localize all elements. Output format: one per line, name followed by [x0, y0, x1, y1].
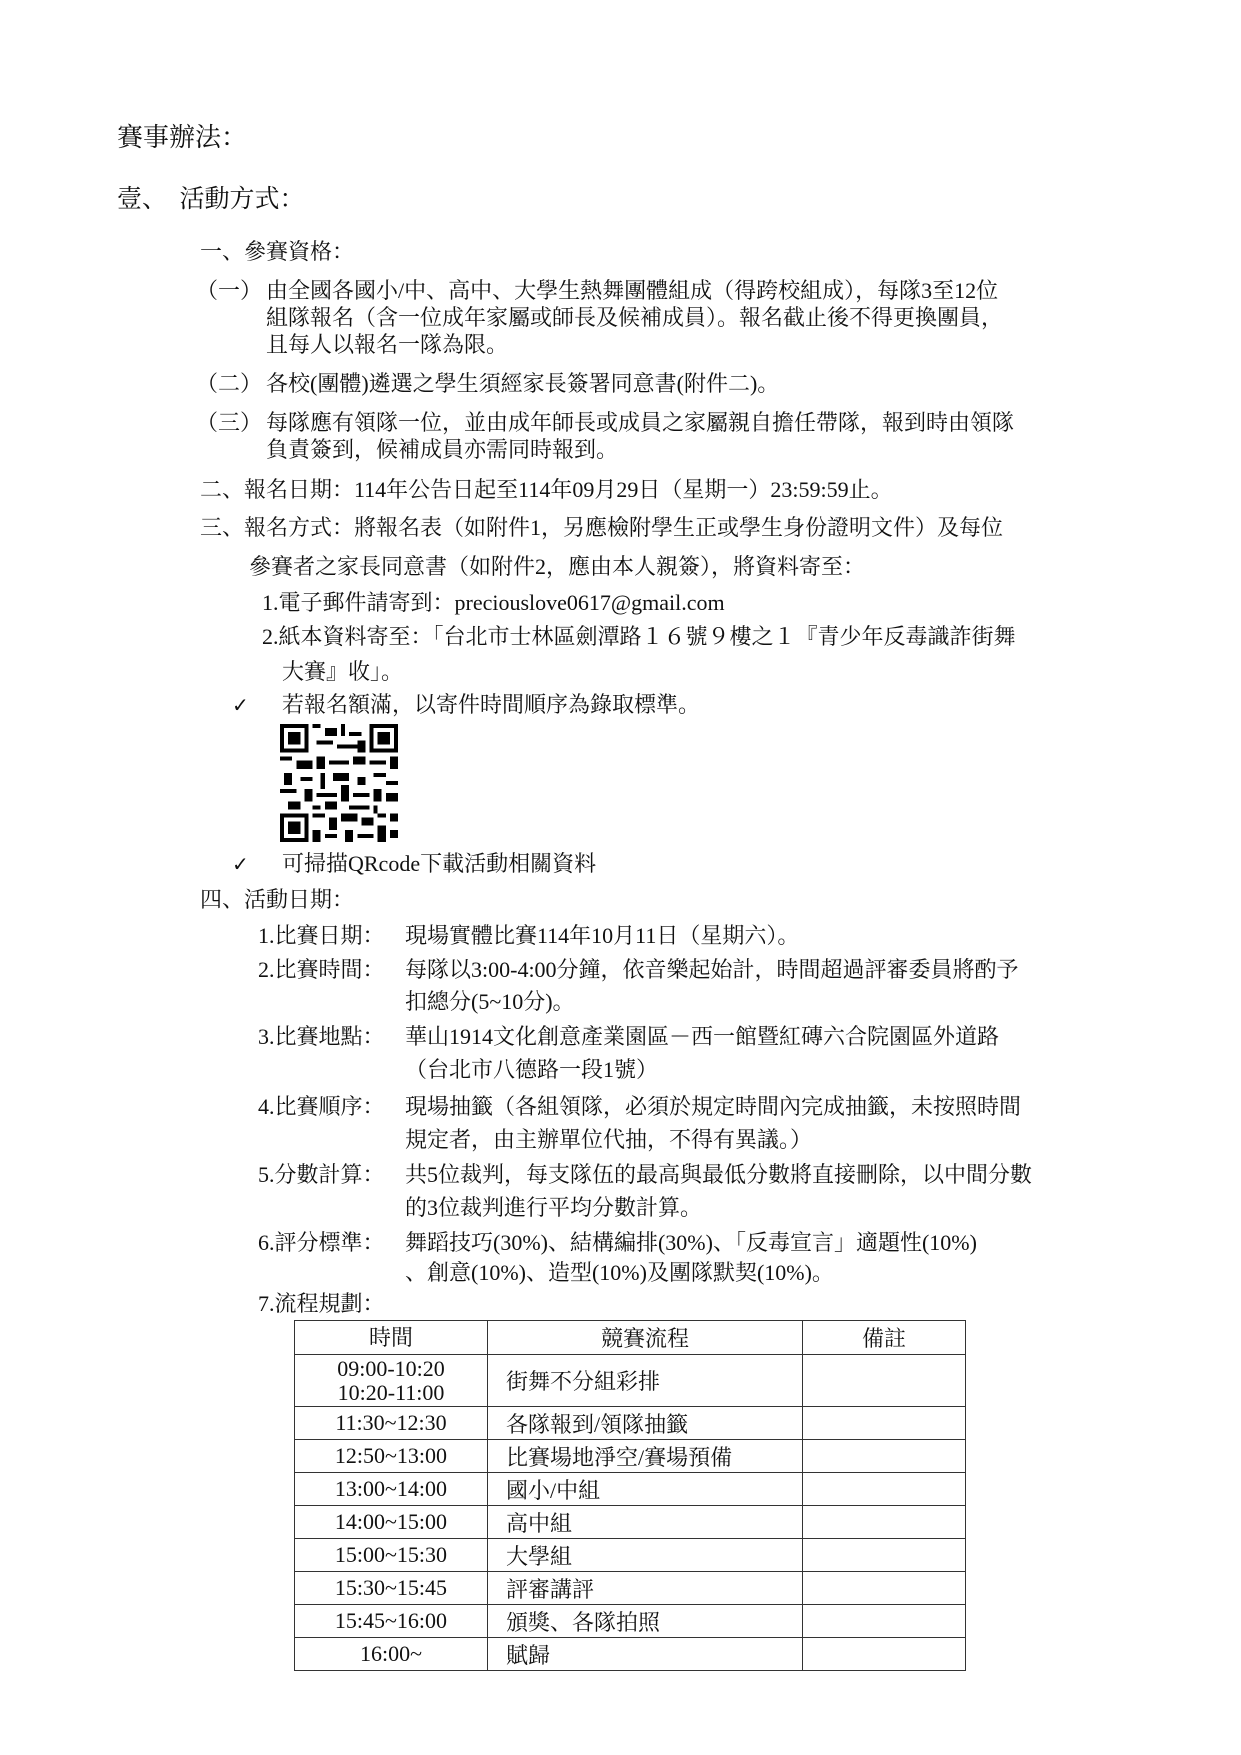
- sub1-line: 且每人以報名一隊為限。: [266, 331, 508, 359]
- time-cell: 15:30~15:45: [295, 1572, 488, 1605]
- event-cell: 比賽場地淨空/賽場預備: [488, 1440, 803, 1473]
- entry-line: 的3位裁判進行平均分數計算。: [405, 1194, 702, 1222]
- note-cell: [803, 1440, 966, 1473]
- registration-method: 三、報名方式：將報名表（如附件1，另應檢附學生正或學生身份證明文件）及每位: [200, 514, 1003, 542]
- entry-line: 扣總分(5~10分)。: [405, 988, 575, 1016]
- event-cell: 國小/中組: [488, 1473, 803, 1506]
- entry-label: 3.比賽地點：: [258, 1023, 385, 1051]
- sub3-line: 每隊應有領隊一位，並由成年師長或成員之家屬親自擔任帶隊，報到時由領隊: [266, 409, 1014, 437]
- table-row: 09:00-10:20 10:20-11:00 街舞不分組彩排: [295, 1355, 966, 1407]
- item4-heading: 四、活動日期：: [200, 886, 354, 914]
- note-cell: [803, 1473, 966, 1506]
- table-row: 14:00~15:00 高中組: [295, 1506, 966, 1539]
- event-cell: 大學組: [488, 1539, 803, 1572]
- entry-line: 共5位裁判，每支隊伍的最高與最低分數將直接刪除，以中間分數: [405, 1161, 1032, 1189]
- sub2-label: （二）: [196, 370, 262, 398]
- table-row: 12:50~13:00 比賽場地淨空/賽場預備: [295, 1440, 966, 1473]
- header-event: 競賽流程: [488, 1321, 803, 1355]
- note-cell: [803, 1605, 966, 1638]
- table-row: 15:00~15:30 大學組: [295, 1539, 966, 1572]
- note-cell: [803, 1572, 966, 1605]
- note-cell: [803, 1355, 966, 1407]
- registration-date: 二、報名日期：114年公告日起至114年09月29日（星期一）23:59:59止…: [200, 476, 893, 504]
- time-cell: 15:45~16:00: [295, 1605, 488, 1638]
- mail-address-line: 2.紙本資料寄至：「台北市士林區劍潭路１６號９樓之１『青少年反毒識詐街舞: [262, 623, 1016, 651]
- table-row: 13:00~14:00 國小/中組: [295, 1473, 966, 1506]
- note-cell: [803, 1407, 966, 1440]
- check-icon: ✓: [232, 850, 249, 878]
- entry-line: 現場抽籤（各組領隊，必須於規定時間內完成抽籤，未按照時間: [405, 1093, 1021, 1121]
- time-text: 10:20-11:00: [295, 1381, 487, 1405]
- entry-line: 規定者，由主辦單位代抽，不得有異議。）: [405, 1126, 812, 1154]
- mail-address-line: 大賽』收」。: [282, 658, 403, 686]
- email-line: 1.電子郵件請寄到：preciouslove0617@gmail.com: [262, 589, 725, 617]
- table-row: 16:00~ 賦歸: [295, 1638, 966, 1671]
- schedule-table: 時間 競賽流程 備註 09:00-10:20 10:20-11:00 街舞不分組…: [294, 1320, 966, 1671]
- time-cell: 09:00-10:20 10:20-11:00: [295, 1355, 488, 1407]
- header-note: 備註: [803, 1321, 966, 1355]
- entry-label: 1.比賽日期：: [258, 922, 385, 950]
- time-text: 09:00-10:20: [295, 1357, 487, 1381]
- event-cell: 各隊報到/領隊抽籤: [488, 1407, 803, 1440]
- note-cell: [803, 1539, 966, 1572]
- entry-line: 、創意(10%)、造型(10%)及團隊默契(10%)。: [405, 1259, 834, 1287]
- sub1-line: 組隊報名（含一位成年家屬或師長及候補成員）。報名截止後不得更換團員，: [266, 304, 1003, 332]
- entry-label: 6.評分標準：: [258, 1229, 385, 1257]
- qr-code-image: [280, 724, 398, 842]
- time-cell: 16:00~: [295, 1638, 488, 1671]
- table-row: 15:45~16:00 頒獎、各隊拍照: [295, 1605, 966, 1638]
- section-heading: 壹、 活動方式：: [117, 184, 305, 216]
- registration-method: 參賽者之家長同意書（如附件2，應由本人親簽），將資料寄至：: [249, 553, 865, 581]
- time-cell: 14:00~15:00: [295, 1506, 488, 1539]
- document-title: 賽事辦法：: [117, 122, 247, 154]
- event-cell: 賦歸: [488, 1638, 803, 1671]
- sub1-line: 由全國各國小/中、高中、大學生熱舞團體組成（得跨校組成），每隊3至12位: [266, 277, 998, 305]
- entry-label: 5.分數計算：: [258, 1161, 385, 1189]
- table-row: 15:30~15:45 評審講評: [295, 1572, 966, 1605]
- sub1-label: （一）: [196, 277, 262, 305]
- sub3-label: （三）: [196, 409, 262, 437]
- entry-line: 每隊以3:00-4:00分鐘，依音樂起始計，時間超過評審委員將酌予: [405, 956, 1019, 984]
- entry-label: 4.比賽順序：: [258, 1093, 385, 1121]
- qr-note: 可掃描QRcode下載活動相關資料: [282, 850, 596, 878]
- header-time: 時間: [295, 1321, 488, 1355]
- entry-line: 舞蹈技巧(30%)、結構編排(30%)、「反毒宣言」適題性(10%): [405, 1229, 977, 1257]
- quota-note: 若報名額滿，以寄件時間順序為錄取標準。: [282, 691, 700, 719]
- note-cell: [803, 1638, 966, 1671]
- entry-label: 2.比賽時間：: [258, 956, 385, 984]
- table-row: 11:30~12:30 各隊報到/領隊抽籤: [295, 1407, 966, 1440]
- sub2-line: 各校(團體)遴選之學生須經家長簽署同意書(附件二)。: [266, 370, 779, 398]
- entry-line: 華山1914文化創意產業園區－西一館暨紅磚六合院園區外道路: [405, 1023, 999, 1051]
- sub3-line: 負責簽到，候補成員亦需同時報到。: [266, 436, 618, 464]
- entry-line: 現場實體比賽114年10月11日（星期六）。: [405, 922, 799, 950]
- entry-line: （台北市八德路一段1號）: [405, 1056, 658, 1084]
- event-cell: 街舞不分組彩排: [488, 1355, 803, 1407]
- time-cell: 12:50~13:00: [295, 1440, 488, 1473]
- check-icon: ✓: [232, 691, 249, 719]
- item1-heading: 一、參賽資格：: [200, 238, 354, 266]
- note-cell: [803, 1506, 966, 1539]
- flow-heading: 7.流程規劃：: [258, 1290, 385, 1318]
- table-header-row: 時間 競賽流程 備註: [295, 1321, 966, 1355]
- event-cell: 評審講評: [488, 1572, 803, 1605]
- time-cell: 13:00~14:00: [295, 1473, 488, 1506]
- time-cell: 15:00~15:30: [295, 1539, 488, 1572]
- time-cell: 11:30~12:30: [295, 1407, 488, 1440]
- event-cell: 高中組: [488, 1506, 803, 1539]
- event-cell: 頒獎、各隊拍照: [488, 1605, 803, 1638]
